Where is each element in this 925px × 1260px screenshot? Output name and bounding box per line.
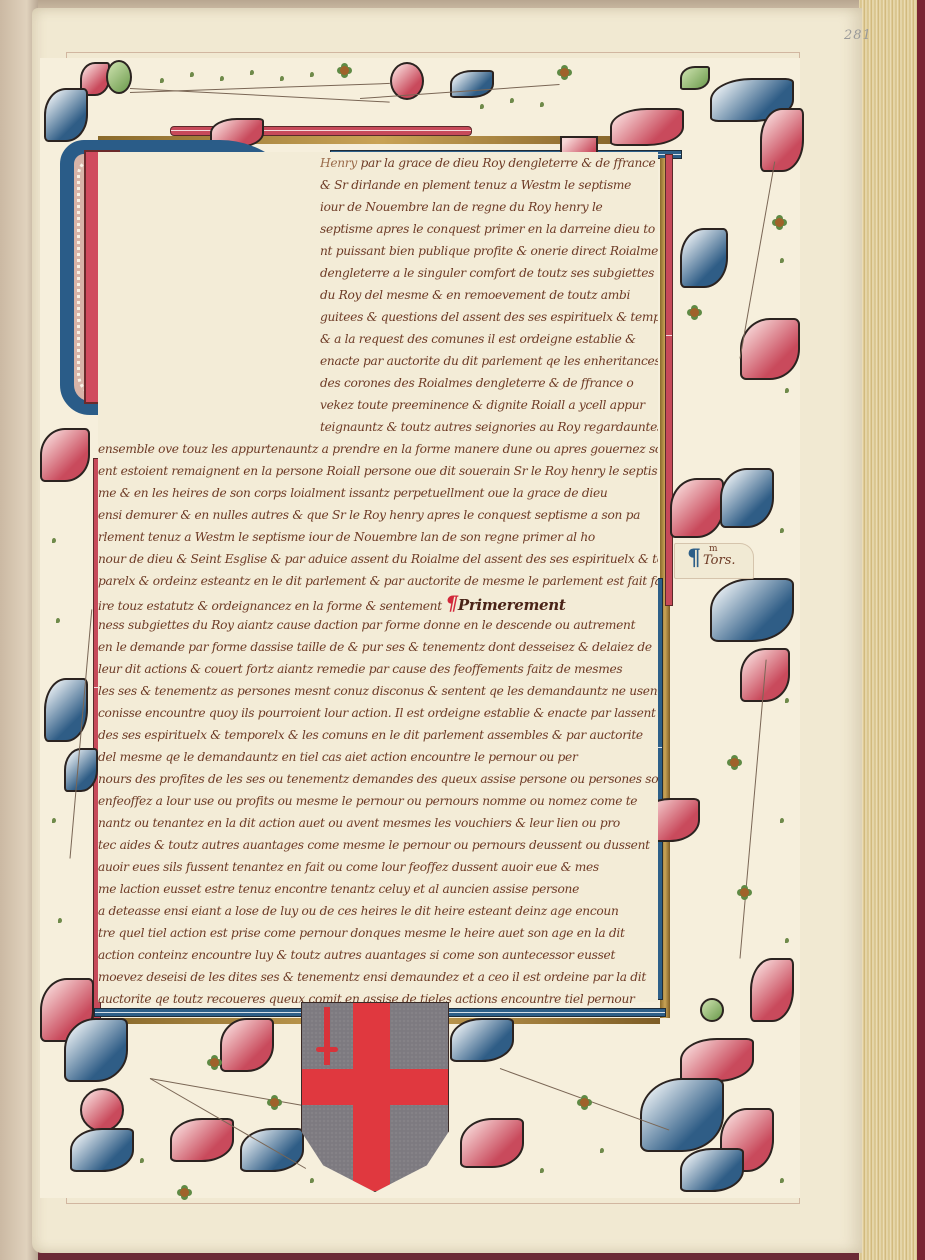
text-line: ness subgiettes du Roy aiantz cause dact… [98, 614, 658, 636]
green-bud [700, 998, 724, 1022]
pink-acanthus-leaf [220, 1018, 274, 1072]
coat-of-arms-shield [301, 1002, 449, 1192]
blue-pilcrow-icon: ¶ [687, 545, 701, 571]
text-line: du Roy del mesme & en remoevement de tou… [320, 284, 658, 306]
rubric-pilcrow: ¶ [445, 592, 457, 614]
text-line: del mesme qe le demandauntz en tiel cas … [98, 746, 658, 768]
right-pink-stem [665, 154, 673, 606]
pink-acanthus-leaf [610, 108, 684, 146]
text-line-rubric: ire touz estatutz & ordeignancez en la f… [98, 592, 658, 614]
blue-acanthus-leaf [680, 228, 728, 288]
blue-acanthus-leaf [640, 1078, 724, 1152]
small-flower [180, 1188, 189, 1197]
incipit: Henry [320, 156, 357, 170]
text-line: nt puissant bien publique profite & oner… [320, 240, 658, 262]
text-line: des ses espirituelx & temporelx & les co… [98, 724, 658, 746]
blue-acanthus-leaf [710, 578, 794, 642]
text-line: guitees & questions del assent des ses e… [320, 306, 658, 328]
text-line: conisse encountre quoy ils pourroient lo… [98, 702, 658, 724]
small-flower [740, 888, 749, 897]
blue-acanthus-leaf [450, 70, 494, 98]
small-flower [580, 1098, 589, 1107]
pink-acanthus-leaf [750, 958, 794, 1022]
pen-flourish [740, 660, 767, 959]
text-line: enacte par auctorite du dit parlement qe… [320, 350, 658, 372]
marginal-note: ¶ m Tors. [674, 543, 754, 579]
cross-gules-horizontal [302, 1069, 448, 1105]
pink-acanthus-leaf [40, 428, 90, 482]
gilt-fore-edge [859, 0, 925, 1260]
blue-acanthus-leaf [44, 88, 88, 142]
text-line: leur dit actions & couert fortz aiantz r… [98, 658, 658, 680]
sword-guard [316, 1047, 338, 1052]
text-line: me laction eusset estre tenuz encontre t… [98, 878, 658, 900]
blue-acanthus-leaf [64, 1018, 128, 1082]
text-line: les ses & tenementz as persones mesnt co… [98, 680, 658, 702]
text-line-1: Henry par la grace de dieu Roy dengleter… [320, 152, 658, 174]
green-bud [106, 60, 132, 94]
text-line: auoir eues sils fussent tenantez en fait… [98, 856, 658, 878]
text-line: teignauntz & toutz autres seignories au … [320, 416, 658, 438]
pink-acanthus-leaf [460, 1118, 524, 1168]
text-line: me & en les heires de son corps loialmen… [98, 482, 658, 504]
small-flower [775, 218, 784, 227]
blue-acanthus-leaf [64, 748, 98, 792]
small-flower [210, 1058, 219, 1067]
text-line: action conteinz encountre luy & toutz au… [98, 944, 658, 966]
small-flower [690, 308, 699, 317]
small-flower [730, 758, 739, 767]
pink-scroll [80, 1088, 124, 1132]
blue-acanthus-leaf [450, 1018, 514, 1062]
green-leaf [680, 66, 710, 90]
small-flower [340, 66, 349, 75]
text-line: enfeoffez a lour use ou profits ou mesme… [98, 790, 658, 812]
text-line: iour de Nouembre lan de regne du Roy hen… [320, 196, 658, 218]
pink-acanthus-leaf [760, 108, 804, 172]
blue-acanthus-leaf [720, 468, 774, 528]
text-line: vekez toute preeminence & dignite Roiall… [320, 394, 658, 416]
blue-acanthus-leaf [70, 1128, 134, 1172]
text-line: nours des profites de les ses ou tenemen… [98, 768, 658, 790]
text-line: nour de dieu & Seint Esglise & par aduic… [98, 548, 658, 570]
pink-acanthus-leaf [680, 1038, 754, 1082]
blue-acanthus-leaf [680, 1148, 744, 1192]
rubric-heading: Primerement [458, 596, 566, 614]
text-line: septisme apres le conquest primer en la … [320, 218, 658, 240]
small-flower [560, 68, 569, 77]
text-line: moevez deseisi de les dites ses & teneme… [98, 966, 658, 988]
text-block: Henry par la grace de dieu Roy dengleter… [98, 152, 658, 1002]
text-line: nantz ou tenantez en la dit action auet … [98, 812, 658, 834]
text-line: tec aides & toutz autres auantages come … [98, 834, 658, 856]
text-line: ent estoient remaignent en la persone Ro… [98, 460, 658, 482]
pink-acanthus-leaf [740, 318, 800, 380]
text-line: rlement tenuz a Westm le septisme iour d… [98, 526, 658, 548]
text-line: en le demande par forme dassise taille d… [98, 636, 658, 658]
text-line: & a la request des comunes il est ordeig… [320, 328, 658, 350]
marginal-note-text: Tors. [703, 553, 736, 568]
pink-acanthus-leaf [170, 1118, 234, 1162]
text-line: parelx & ordeinz esteantz en le dit parl… [98, 570, 658, 592]
sword-icon [324, 1007, 330, 1065]
text-line: ensi demurer & en nulles autres & que Sr… [98, 504, 658, 526]
text-line: ensemble ove touz les appurtenauntz a pr… [98, 438, 658, 460]
text-line: dengleterre a le singuler comfort de tou… [320, 262, 658, 284]
text-line: & Sr dirlande en plement tenuz a Westm l… [320, 174, 658, 196]
folio-number: 281 [844, 28, 872, 43]
small-flower [270, 1098, 279, 1107]
pink-acanthus-leaf [670, 478, 724, 538]
text-line: tre quel tiel action est prise come pern… [98, 922, 658, 944]
pen-flourish [130, 83, 390, 93]
text-line: des corones des Roialmes dengleterre & d… [320, 372, 658, 394]
text-line: a deteasse ensi eiant a lose de luy ou d… [98, 900, 658, 922]
